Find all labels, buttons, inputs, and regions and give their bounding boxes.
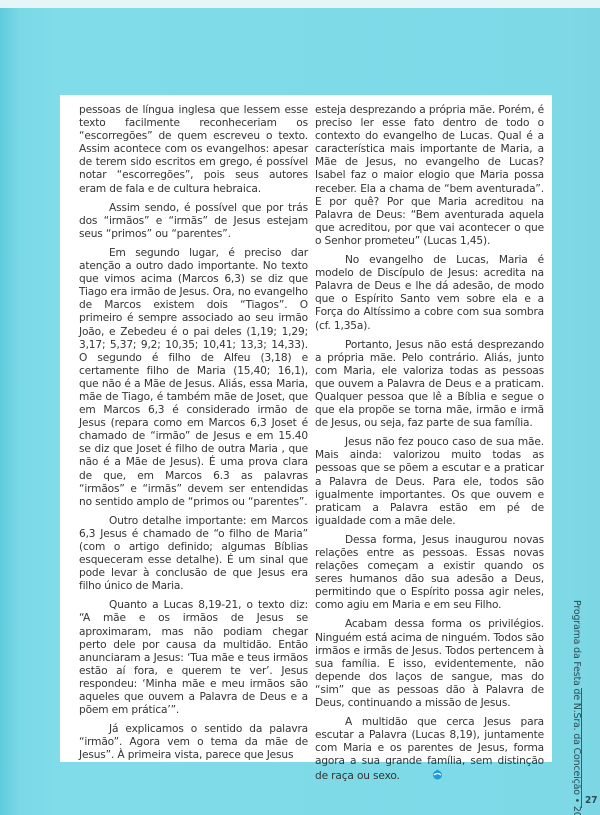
paragraph: Assim sendo, é possível que por trás dos… [79, 202, 308, 241]
drop-end-mark-icon [402, 769, 413, 780]
vertical-divider [581, 688, 582, 808]
right-column: esteja desprezando a própria mãe. Porém,… [315, 104, 544, 789]
paragraph-text: A multidão que cerca Jesus para escutar … [315, 716, 544, 781]
page-top-edge [0, 0, 600, 8]
paragraph-last: A multidão que cerca Jesus para escutar … [315, 716, 544, 782]
page-number: 27 [585, 795, 598, 806]
paragraph: No evangelho de Lucas, Maria é modelo de… [315, 254, 544, 333]
paragraph: Jesus não fez pouco caso de sua mãe. Mai… [315, 436, 544, 528]
paragraph: Acabam dessa forma os privilégios. Ningu… [315, 618, 544, 710]
paragraph: pessoas de língua inglesa que lessem ess… [79, 104, 308, 196]
paragraph: Em segundo lugar, é preciso dar atenção … [79, 247, 308, 509]
publication-caption: Programa da Festa de N.Sra. da Conceição… [564, 600, 590, 790]
paragraph: Portanto, Jesus não está desprezando a p… [315, 339, 544, 431]
publication-title: Programa da Festa de N.Sra. da Conceição… [568, 600, 582, 790]
paragraph: Já explicamos o sentido da palavra “irmã… [79, 723, 308, 762]
paragraph: Outro detalhe importante: em Marcos 6,3 … [79, 515, 308, 594]
paragraph: esteja desprezando a própria mãe. Porém,… [315, 104, 544, 248]
paragraph: Dessa forma, Jesus inaugurou novas relaç… [315, 534, 544, 613]
paragraph: Quanto a Lucas 8,19-21, o texto diz: “A … [79, 599, 308, 717]
article-panel: pessoas de língua inglesa que lessem ess… [60, 95, 552, 762]
left-column: pessoas de língua inglesa que lessem ess… [79, 104, 308, 769]
